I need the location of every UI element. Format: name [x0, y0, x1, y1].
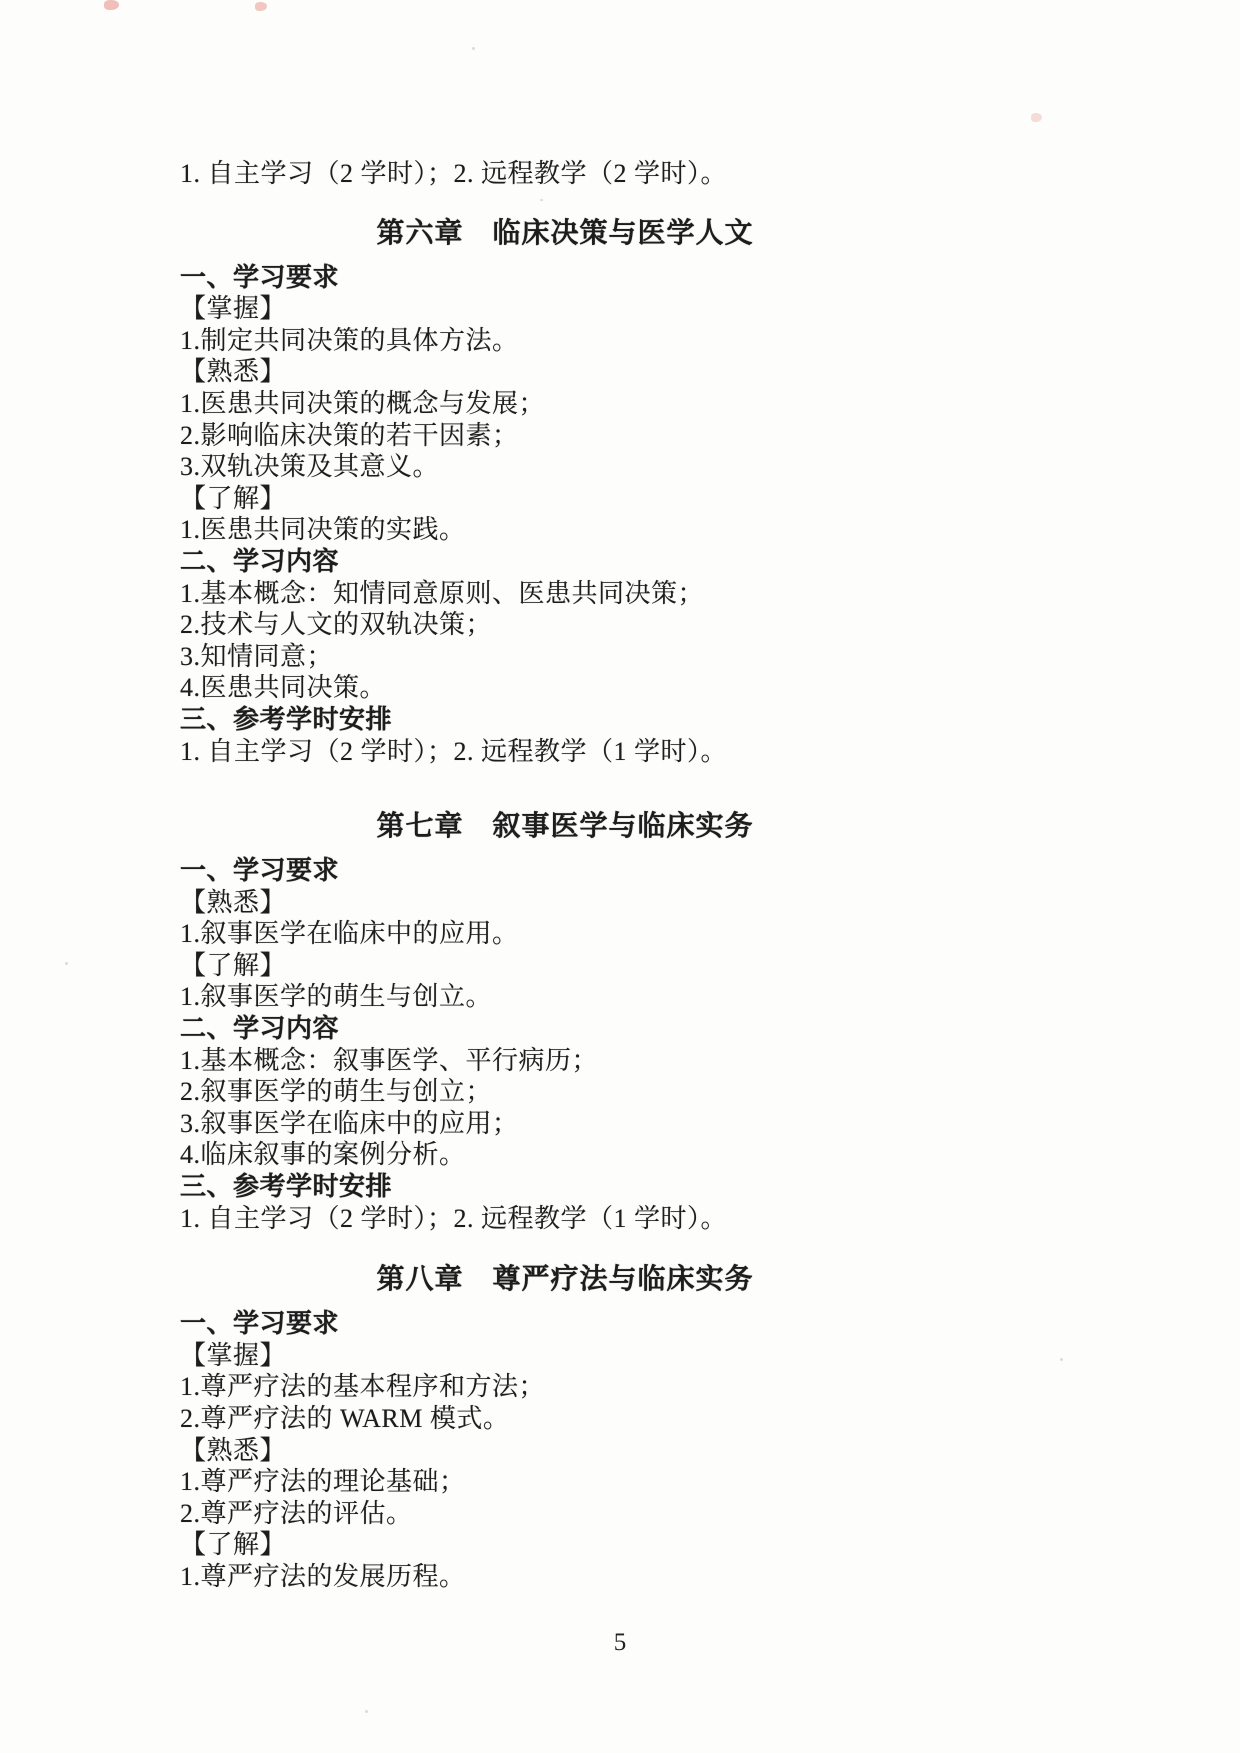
- content-line: 1. 自主学习（2 学时）；2. 远程教学（1 学时）。: [180, 736, 1180, 768]
- scan-speck: [540, 199, 543, 201]
- content-line: 1.尊严疗法的基本程序和方法；: [180, 1371, 1180, 1403]
- content-line: 2.尊严疗法的评估。: [180, 1498, 1180, 1530]
- content-line: 1.尊严疗法的发展历程。: [180, 1561, 1180, 1593]
- content-line: 1.叙事医学的萌生与创立。: [180, 981, 1180, 1013]
- page-number: 5: [0, 1628, 1240, 1658]
- content-line: 【掌握】: [180, 293, 1180, 325]
- content-line: 【熟悉】: [180, 356, 1180, 388]
- content-line: 1.叙事医学在临床中的应用。: [180, 918, 1180, 950]
- document-body: 1. 自主学习（2 学时）；2. 远程教学（2 学时）。 第六章 临床决策与医学…: [0, 0, 1240, 1593]
- chapter-title: 第六章 临床决策与医学人文: [180, 214, 950, 254]
- content-line: 【掌握】: [180, 1340, 1180, 1372]
- section-heading: 三、参考学时安排: [180, 1171, 1180, 1203]
- content-line: 【熟悉】: [180, 887, 1180, 919]
- content-line: 1.医患共同决策的概念与发展；: [180, 388, 1180, 420]
- content-line: 3.叙事医学在临床中的应用；: [180, 1108, 1180, 1140]
- intro-line: 1. 自主学习（2 学时）；2. 远程教学（2 学时）。: [180, 158, 1180, 190]
- content-line: 1.尊严疗法的理论基础；: [180, 1466, 1180, 1498]
- scan-speck: [365, 1710, 368, 1713]
- content-line: 2.叙事医学的萌生与创立；: [180, 1076, 1180, 1108]
- scan-speck: [65, 962, 68, 965]
- content-line: 【了解】: [180, 1529, 1180, 1561]
- section-heading: 二、学习内容: [180, 1013, 1180, 1045]
- chapter-title: 第七章 叙事医学与临床实务: [180, 807, 950, 847]
- content-line: 1.基本概念：叙事医学、平行病历；: [180, 1045, 1180, 1077]
- chapter: 第八章 尊严疗法与临床实务一、学习要求【掌握】1.尊严疗法的基本程序和方法；2.…: [180, 1260, 1180, 1592]
- content-line: 3.知情同意；: [180, 641, 1180, 673]
- content-line: 1.基本概念：知情同意原则、医患共同决策；: [180, 578, 1180, 610]
- content-line: 【了解】: [180, 483, 1180, 515]
- content-line: 4.医患共同决策。: [180, 672, 1180, 704]
- section-heading: 二、学习内容: [180, 546, 1180, 578]
- content-line: 1. 自主学习（2 学时）；2. 远程教学（1 学时）。: [180, 1203, 1180, 1235]
- content-line: 2.影响临床决策的若干因素；: [180, 420, 1180, 452]
- content-line: 【熟悉】: [180, 1435, 1180, 1467]
- section-heading: 三、参考学时安排: [180, 704, 1180, 736]
- content-line: 3.双轨决策及其意义。: [180, 451, 1180, 483]
- section-heading: 一、学习要求: [180, 262, 1180, 294]
- document-page: 1. 自主学习（2 学时）；2. 远程教学（2 学时）。 第六章 临床决策与医学…: [0, 0, 1240, 1753]
- scan-speck: [1060, 1358, 1063, 1361]
- chapter: 第六章 临床决策与医学人文一、学习要求【掌握】1.制定共同决策的具体方法。【熟悉…: [180, 214, 1180, 768]
- chapter: 第七章 叙事医学与临床实务一、学习要求【熟悉】1.叙事医学在临床中的应用。【了解…: [180, 807, 1180, 1234]
- section-heading: 一、学习要求: [180, 855, 1180, 887]
- content-line: 4.临床叙事的案例分析。: [180, 1139, 1180, 1171]
- chapter-title: 第八章 尊严疗法与临床实务: [180, 1260, 950, 1300]
- content-line: 1.制定共同决策的具体方法。: [180, 325, 1180, 357]
- chapters-container: 第六章 临床决策与医学人文一、学习要求【掌握】1.制定共同决策的具体方法。【熟悉…: [180, 214, 1180, 1593]
- content-line: 2.尊严疗法的 WARM 模式。: [180, 1403, 1180, 1435]
- section-heading: 一、学习要求: [180, 1308, 1180, 1340]
- content-line: 1.医患共同决策的实践。: [180, 514, 1180, 546]
- content-line: 【了解】: [180, 950, 1180, 982]
- content-line: 2.技术与人文的双轨决策；: [180, 609, 1180, 641]
- scan-speck: [472, 47, 475, 50]
